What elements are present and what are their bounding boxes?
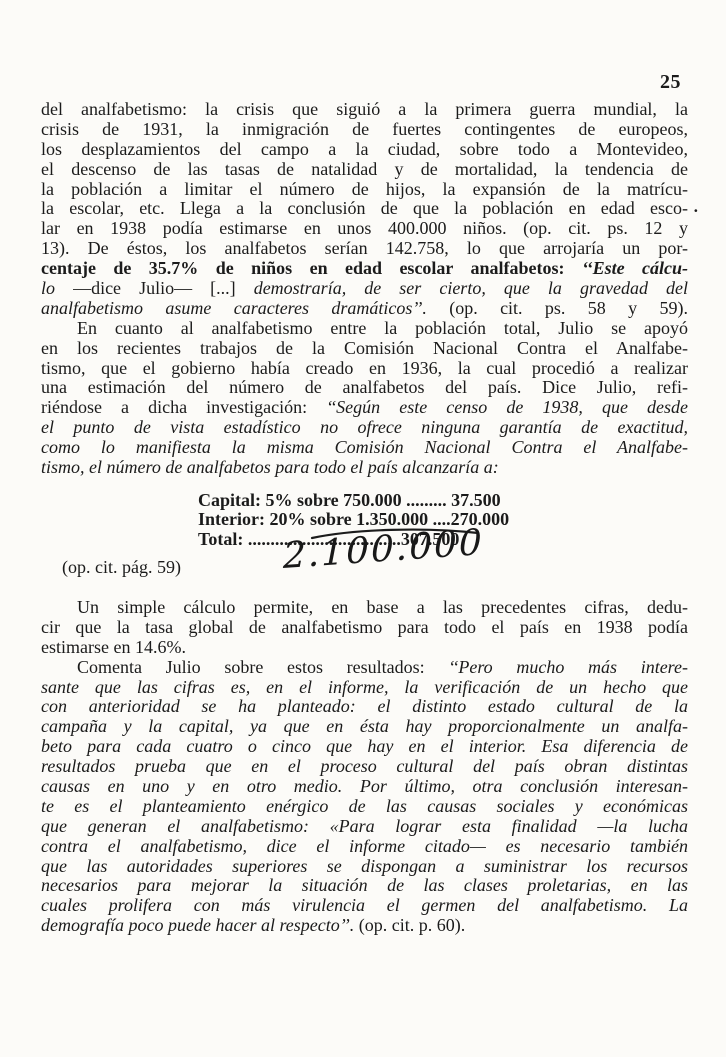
text-run: lar en 1938 podía estimarse en unos 400.… (41, 218, 688, 238)
text-line: En cuanto al analfabetismo entre la pobl… (41, 319, 688, 339)
text-line: estimarse en 14.6%. (41, 638, 688, 658)
text-run: demografía poco puede hacer al respecto’… (41, 915, 359, 935)
text-line: beto para cada cuatro o cinco que hay en… (41, 737, 688, 757)
text-line: el descenso de las tasas de natalidad y … (41, 160, 688, 180)
page-number: 25 (0, 71, 681, 94)
text-run: como lo manifiesta la misma Comisión Nac… (41, 437, 688, 457)
text-run: —dice Julio— [...] (73, 278, 254, 298)
text-line: una estimación del número de analfabetos… (41, 378, 688, 398)
text-run: riéndose a dicha investigación: (41, 397, 326, 417)
book-page: 25 del analfabetismo: la crisis que sigu… (0, 0, 726, 1057)
text-run: tismo, que el gobierno había creado en 1… (41, 358, 688, 378)
text-line: cir que la tasa global de analfabetismo … (41, 618, 688, 638)
text-line: riéndose a dicha investigación: ‘‘Según … (41, 398, 688, 418)
text-run: (op. cit. p. 60). (359, 915, 465, 935)
text-line: del analfabetismo: la crisis que siguió … (41, 100, 688, 120)
text-run: tismo, el número de analfabetos para tod… (41, 457, 499, 477)
text-run: te es el planteamiento enérgico de las c… (41, 796, 688, 816)
text-run: estimarse en 14.6%. (41, 637, 186, 657)
text-line: tismo, que el gobierno había creado en 1… (41, 359, 688, 379)
text-run: el punto de vista estadístico no ofrece … (41, 417, 688, 437)
text-line: cuales prolifera con más virulencia el g… (41, 896, 688, 916)
text-line: los desplazamientos del campo a la ciuda… (41, 140, 688, 160)
text-line: la población a limitar el número de hijo… (41, 180, 688, 200)
text-line: demografía poco puede hacer al respecto’… (41, 916, 688, 936)
text-line: necesarios para mejorar la situación de … (41, 876, 688, 896)
text-run: crisis de 1931, la inmigración de fuerte… (41, 119, 688, 139)
text-run: la población a limitar el número de hijo… (41, 179, 688, 199)
text-line: como lo manifiesta la misma Comisión Nac… (41, 438, 688, 458)
text-run: ‘‘Según este censo de 1938, que desde (326, 397, 688, 417)
text-run: demostraría, de ser cierto, que la grave… (254, 278, 688, 298)
text-run: los desplazamientos del campo a la ciuda… (41, 139, 688, 159)
text-line: Capital: 5% sobre 750.000 ......... 37.5… (198, 491, 509, 510)
text-line: en los recientes trabajos de la Comisión… (41, 339, 688, 359)
text-line: te es el planteamiento enérgico de las c… (41, 797, 688, 817)
text-run: contra el analfabetismo, dice el informe… (41, 836, 688, 856)
text-line: que las autoridades superiores se dispon… (41, 857, 688, 877)
text-run: Capital: 5% sobre 750.000 ......... 37.5… (198, 490, 501, 510)
text-line: centaje de 35.7% de niños en edad escola… (41, 259, 688, 279)
lower-text-block: Un simple cálculo permite, en base a las… (41, 598, 688, 936)
text-run: 13). De éstos, los analfabetos serían 14… (41, 238, 688, 258)
text-line: campaña y la capital, ya que en ésta hay… (41, 717, 688, 737)
text-run: (op. cit. ps. 58 y 59). (449, 298, 688, 318)
text-run: que generan el analfabetismo: «Para logr… (41, 816, 688, 836)
text-line: lar en 1938 podía estimarse en unos 400.… (41, 219, 688, 239)
text-run: analfabetismo asume caracteres dramático… (41, 298, 449, 318)
text-line: resultados prueba que en el proceso cult… (41, 757, 688, 777)
text-run: con anterioridad se ha planteado: el dis… (41, 696, 688, 716)
text-line: 13). De éstos, los analfabetos serían 14… (41, 239, 688, 259)
text-run: cuales prolifera con más virulencia el g… (41, 895, 688, 915)
text-run: el descenso de las tasas de natalidad y … (41, 159, 688, 179)
print-artifact-dot: · (693, 201, 699, 221)
text-line: tismo, el número de analfabetos para tod… (41, 458, 688, 478)
text-line: Comenta Julio sobre estos resultados: ‘‘… (41, 658, 688, 678)
text-run: causas en uno y en otro medio. Por últim… (41, 776, 688, 796)
text-run: lo (41, 278, 73, 298)
text-run: Un simple cálculo permite, en base a las… (77, 597, 688, 617)
text-run: una estimación del número de analfabetos… (41, 377, 688, 397)
text-run: sante que las cifras es, en el informe, … (41, 677, 688, 697)
text-run: cir que la tasa global de analfabetismo … (41, 617, 688, 637)
text-line: sante que las cifras es, en el informe, … (41, 678, 688, 698)
text-run: ‘‘Este cálcu- (582, 258, 688, 278)
text-line: crisis de 1931, la inmigración de fuerte… (41, 120, 688, 140)
text-run: en los recientes trabajos de la Comisión… (41, 338, 688, 358)
text-line: lo —dice Julio— [...] demostraría, de se… (41, 279, 688, 299)
text-run: resultados prueba que en el proceso cult… (41, 756, 688, 776)
text-line: contra el analfabetismo, dice el informe… (41, 837, 688, 857)
text-run: ‘‘Pero mucho más intere- (448, 657, 688, 677)
text-line: Un simple cálculo permite, en base a las… (41, 598, 688, 618)
text-run: del analfabetismo: la crisis que siguió … (41, 99, 688, 119)
text-line: la escolar, etc. Llega a la conclusión d… (41, 199, 688, 219)
text-run: necesarios para mejorar la situación de … (41, 875, 688, 895)
text-run: la escolar, etc. Llega a la conclusión d… (41, 198, 688, 218)
text-run: campaña y la capital, ya que en ésta hay… (41, 716, 688, 736)
text-run: que las autoridades superiores se dispon… (41, 856, 688, 876)
text-line: causas en uno y en otro medio. Por últim… (41, 777, 688, 797)
upper-text-block: del analfabetismo: la crisis que siguió … (41, 100, 688, 478)
text-line: analfabetismo asume caracteres dramático… (41, 299, 688, 319)
text-run: En cuanto al analfabetismo entre la pobl… (77, 318, 688, 338)
text-run: centaje de 35.7% de niños en edad escola… (41, 258, 582, 278)
citation-note: (op. cit. pág. 59) (62, 557, 181, 578)
text-run: beto para cada cuatro o cinco que hay en… (41, 736, 688, 756)
text-line: el punto de vista estadístico no ofrece … (41, 418, 688, 438)
text-run: Comenta Julio sobre estos resultados: (77, 657, 448, 677)
text-line: que generan el analfabetismo: «Para logr… (41, 817, 688, 837)
text-line: con anterioridad se ha planteado: el dis… (41, 697, 688, 717)
